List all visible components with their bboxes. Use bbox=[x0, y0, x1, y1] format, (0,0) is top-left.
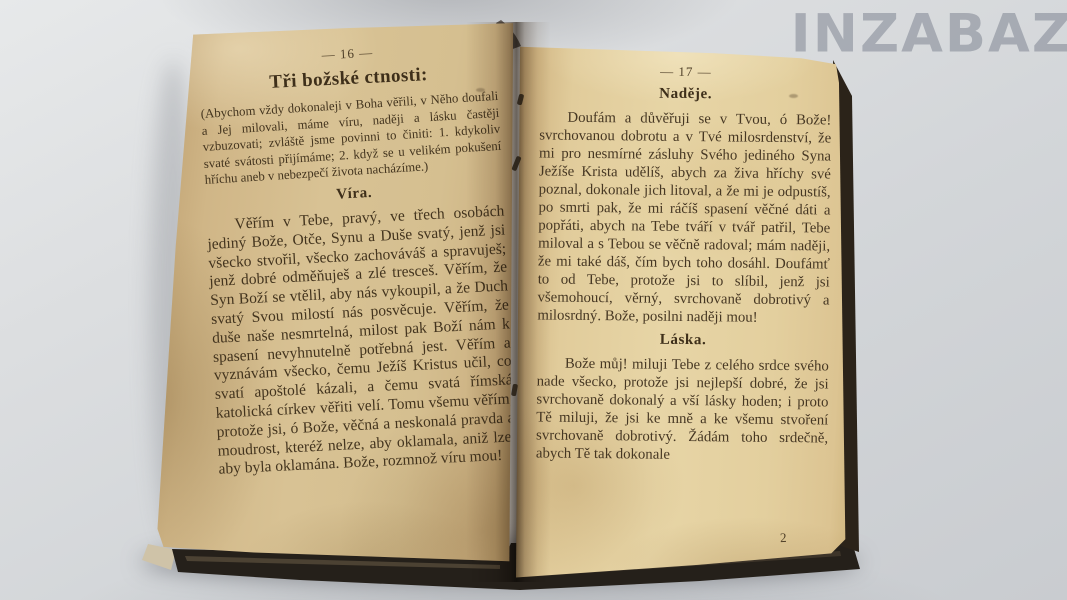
chapter-note: (Abychom vždy dokonaleji v Boha věřili, … bbox=[200, 88, 503, 189]
left-page-text: — 16 — Tři božské ctnosti: (Abychom vždy… bbox=[198, 39, 517, 480]
page-corner-sliver bbox=[142, 544, 176, 570]
right-page: — 17 — Naděje. Doufám a důvěřuji se v Tv… bbox=[514, 38, 848, 584]
right-page-text: — 17 — Naděje. Doufám a důvěřuji se v Tv… bbox=[536, 62, 832, 465]
section-heading-nadeje: Naděje. bbox=[540, 84, 832, 104]
left-page: — 16 — Tři božské ctnosti: (Abychom vždy… bbox=[140, 16, 520, 564]
vira-paragraph: Věřím v Tebe, pravý, ve třech osobách je… bbox=[206, 202, 516, 479]
laska-paragraph: Bože můj! miluji Tebe z celého srdce své… bbox=[536, 354, 829, 465]
signature-mark: 2 bbox=[780, 530, 787, 546]
right-page-number: — 17 — bbox=[540, 62, 832, 81]
section-heading-laska: Láska. bbox=[537, 330, 829, 350]
ink-speck bbox=[476, 88, 485, 92]
book-photo: — 16 — Tři božské ctnosti: (Abychom vždy… bbox=[0, 0, 1067, 600]
ink-speck bbox=[789, 94, 798, 98]
nadeje-paragraph: Doufám a důvěřuji se v Tvou, ó Bože! svr… bbox=[537, 108, 831, 327]
watermark-text: INZABAZ bbox=[791, 3, 1067, 65]
